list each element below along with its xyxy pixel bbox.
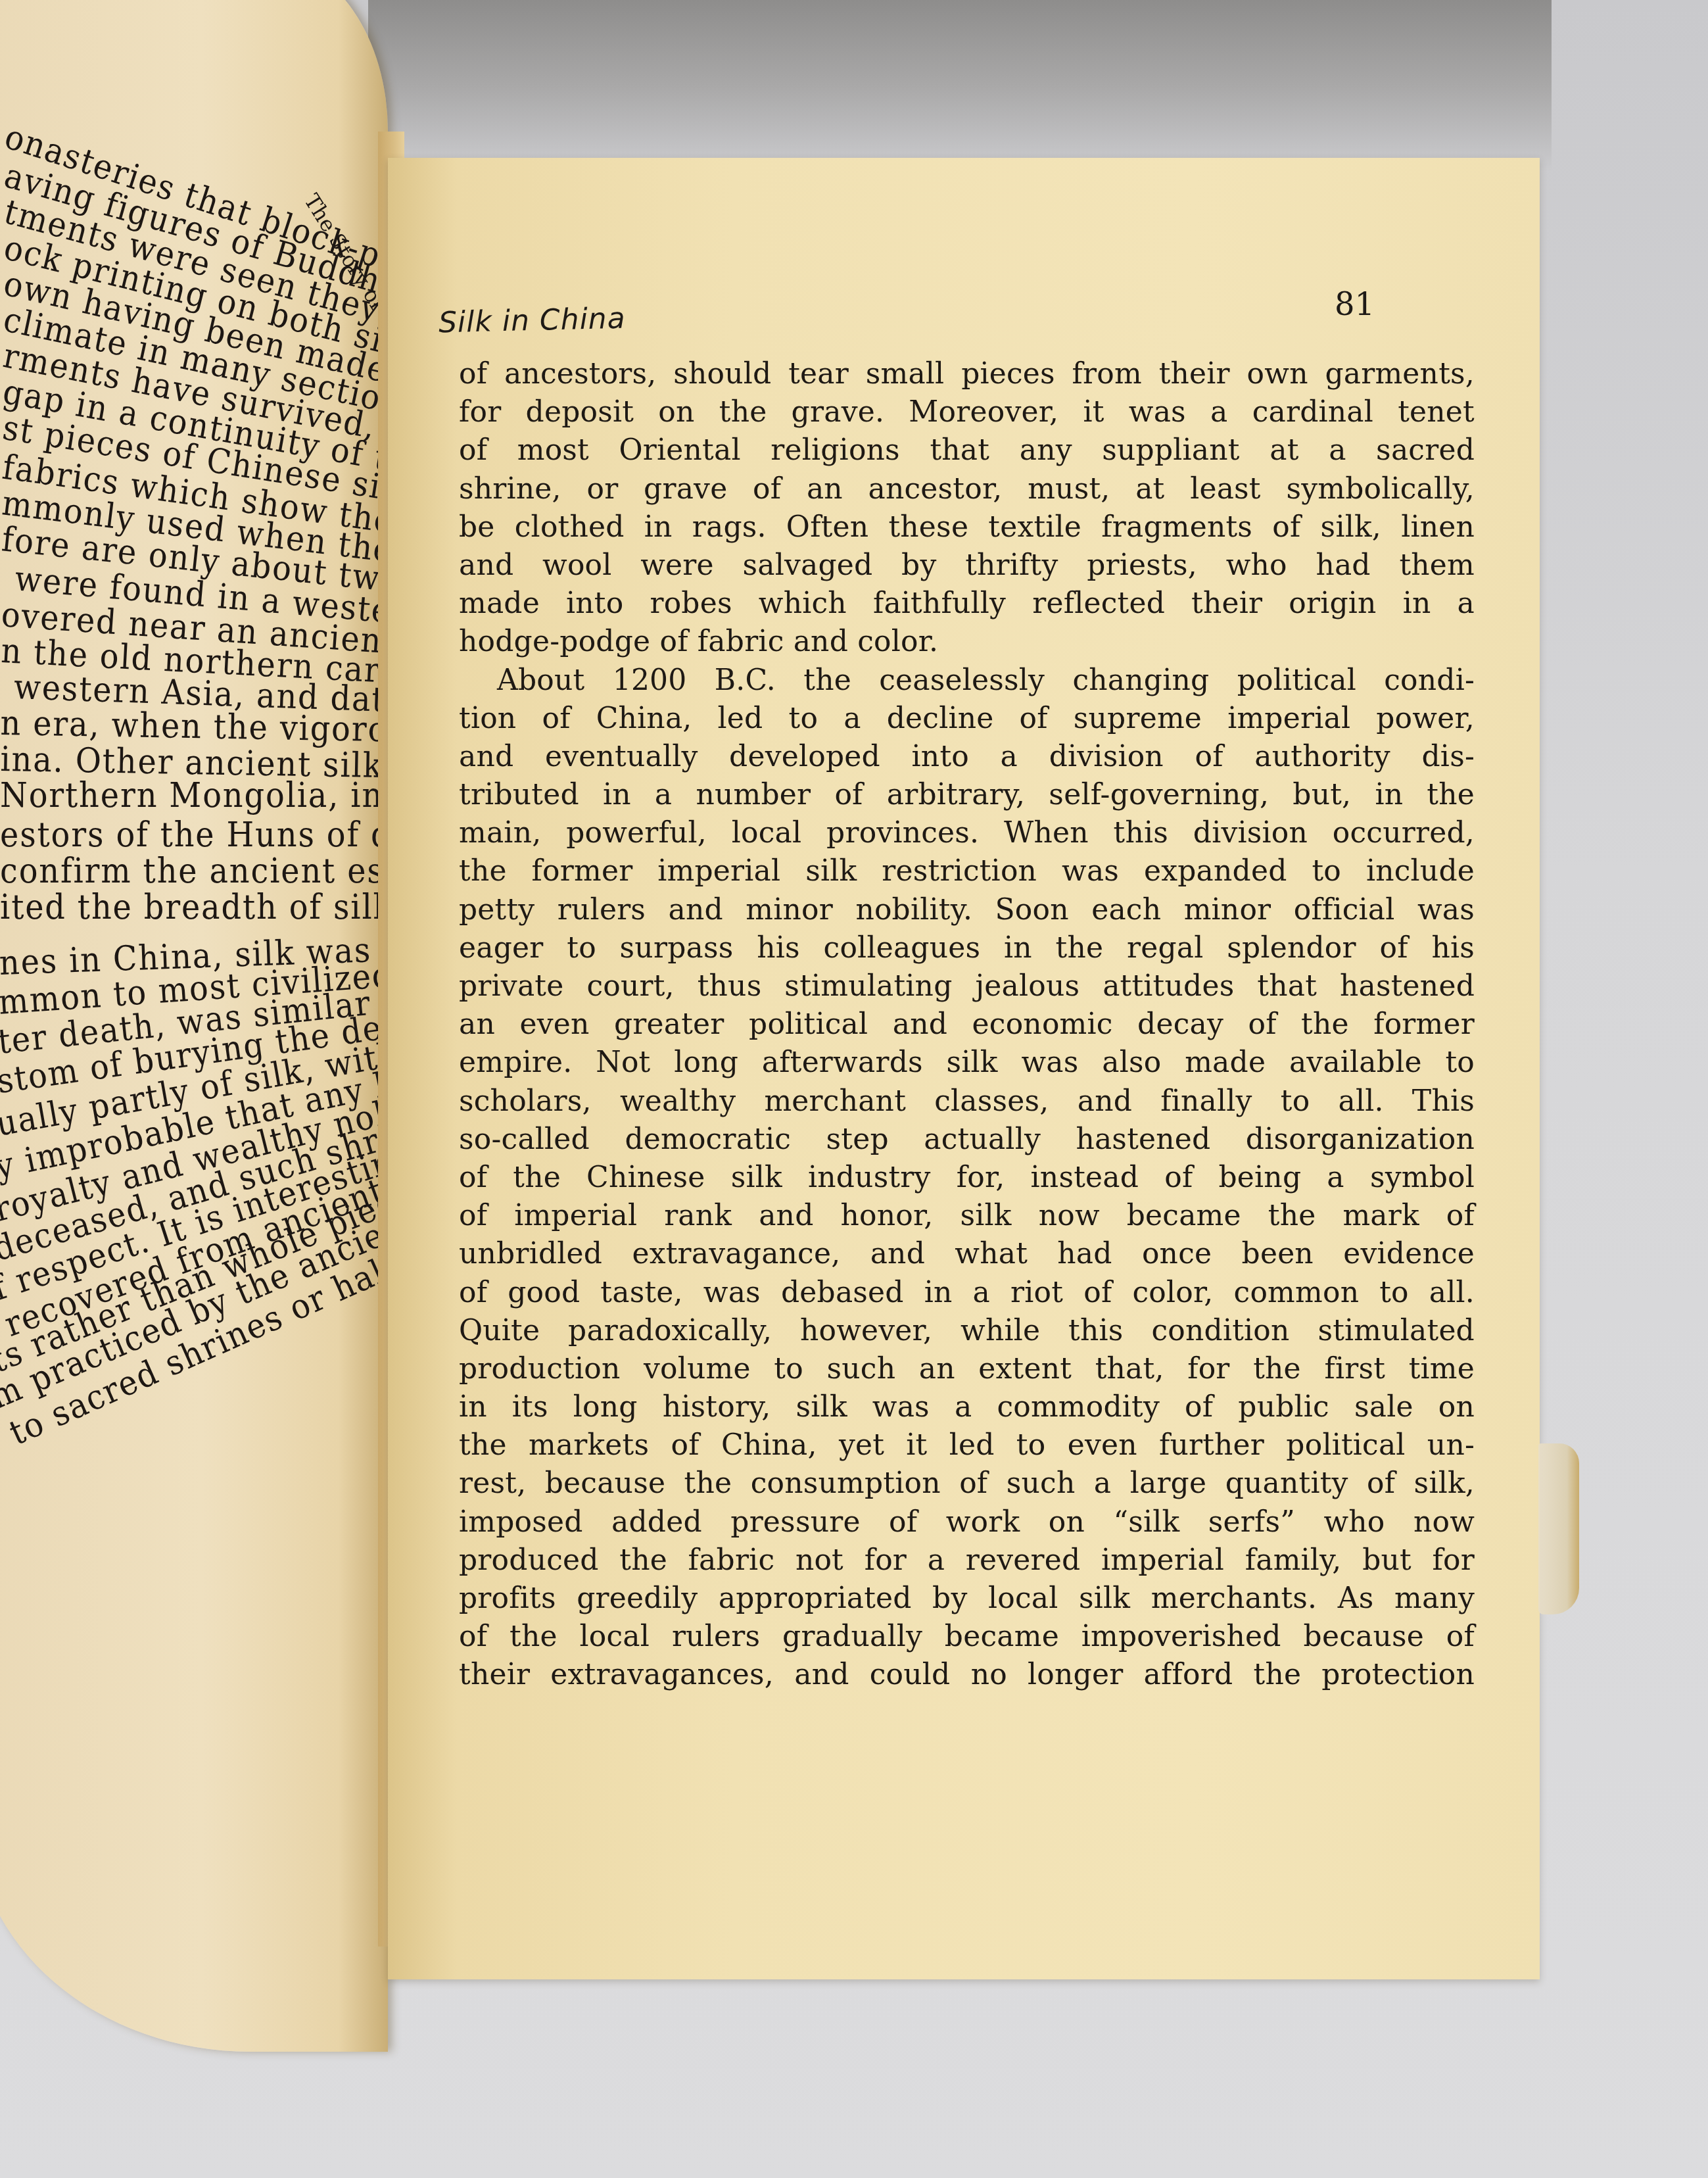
text-line: About 1200 B.C. the ceaselessly changing… <box>459 662 1475 700</box>
text-line: for deposit on the grave. Moreover, it w… <box>459 393 1475 431</box>
text-line: eager to surpass his colleagues in the r… <box>459 929 1475 967</box>
body-text: of ancestors, should tear small pieces f… <box>459 355 1475 1695</box>
text-line: made into robes which faithfully reflect… <box>459 585 1475 623</box>
background-shadow <box>368 0 1552 171</box>
text-line: imposed added pressure of work on “silk … <box>459 1503 1475 1541</box>
text-line: the markets of China, yet it led to even… <box>459 1426 1475 1464</box>
left-page: The Story ofonasteries that block-printe… <box>0 0 388 2052</box>
left-text-line: ited the breadth of silk fabrics <box>0 888 388 927</box>
text-line: be clothed in rags. Often these textile … <box>459 508 1475 546</box>
right-page: Silk in China 81 of ancestors, should te… <box>388 158 1540 1979</box>
text-line: of ancestors, should tear small pieces f… <box>459 355 1475 393</box>
text-line: the former imperial silk restriction was… <box>459 852 1475 890</box>
text-line: of the local rulers gradually became imp… <box>459 1618 1475 1656</box>
text-line: tion of China, led to a decline of supre… <box>459 700 1475 738</box>
left-text-line: Northern Mongolia, in burial m <box>0 776 388 815</box>
text-line: hodge-podge of fabric and color. <box>459 623 1475 661</box>
text-line: scholars, wealthy merchant classes, and … <box>459 1082 1475 1121</box>
text-line: of most Oriental religions that any supp… <box>459 431 1475 470</box>
text-line: shrine, or grave of an ancestor, must, a… <box>459 470 1475 508</box>
left-text-line: confirm the ancient established C <box>0 852 388 891</box>
text-line: and wool were salvaged by thrifty priest… <box>459 546 1475 585</box>
text-line: produced the fabric not for a revered im… <box>459 1541 1475 1580</box>
left-text-line: estors of the Huns of dreaded no <box>0 815 388 855</box>
text-line: empire. Not long afterwards silk was als… <box>459 1044 1475 1082</box>
text-line: in its long history, silk was a commodit… <box>459 1388 1475 1426</box>
text-line: rest, because the consumption of such a … <box>459 1464 1475 1503</box>
text-line: an even greater political and economic d… <box>459 1005 1475 1044</box>
text-line: tributed in a number of arbitrary, self-… <box>459 776 1475 814</box>
text-line: and eventually developed into a division… <box>459 738 1475 776</box>
text-line: petty rulers and minor nobility. Soon ea… <box>459 891 1475 929</box>
text-line: unbridled extravagance, and what had onc… <box>459 1235 1475 1273</box>
text-line: profits greedily appropriated by local s… <box>459 1580 1475 1618</box>
text-line: private court, thus stimulating jealous … <box>459 967 1475 1005</box>
torn-page-fragment <box>1538 1443 1579 1614</box>
text-line: main, powerful, local provinces. When th… <box>459 814 1475 852</box>
text-line: so-called democratic step actually haste… <box>459 1121 1475 1159</box>
text-line: their extravagances, and could no longer… <box>459 1656 1475 1694</box>
running-head: Silk in China <box>438 302 626 340</box>
text-line: of the Chinese silk industry for, instea… <box>459 1159 1475 1197</box>
text-line: Quite paradoxically, however, while this… <box>459 1312 1475 1350</box>
text-line: of good taste, was debased in a riot of … <box>459 1274 1475 1312</box>
text-line: of imperial rank and honor, silk now bec… <box>459 1197 1475 1235</box>
text-line: production volume to such an extent that… <box>459 1350 1475 1388</box>
page-number: 81 <box>1335 286 1375 323</box>
